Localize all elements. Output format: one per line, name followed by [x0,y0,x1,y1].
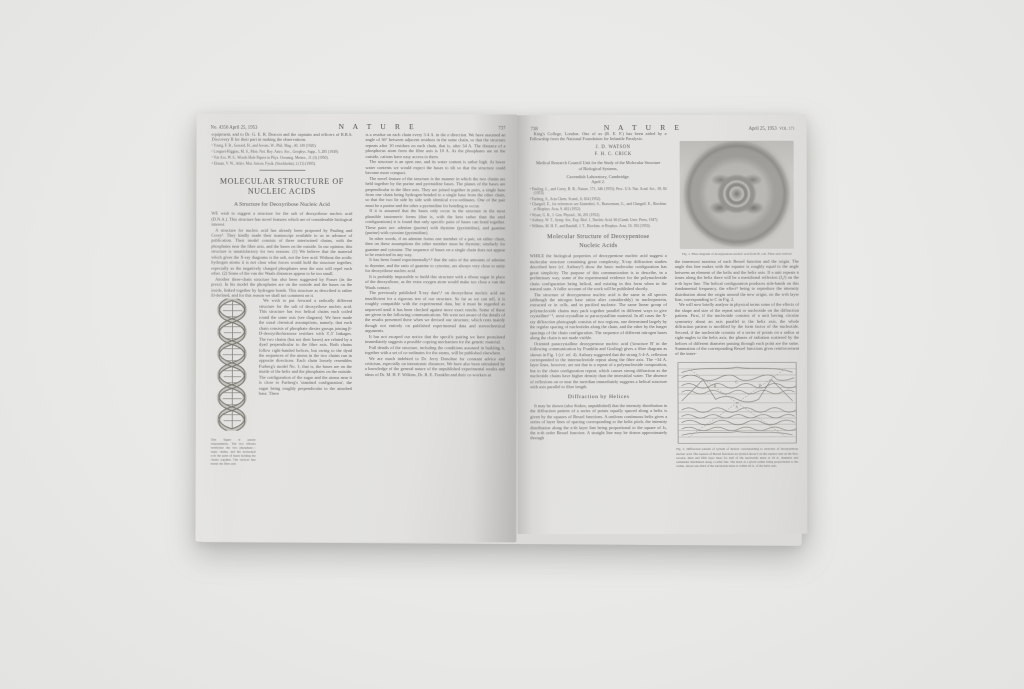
article-title: Molecular Structure of Deoxypentose Nucl… [536,233,661,250]
paragraph: It has not escaped our notice that the s… [365,334,505,345]
left-page-column-1: equipment, and to Dr. G. E. R. Deacon an… [210,132,352,528]
dna-double-helix-diagram [211,299,254,431]
fig1-caption: Fig. 1. Fibre diagram of deoxypentose nu… [677,251,797,256]
author-signature: F. H. C. CRICK [530,151,667,159]
reference: ⁶ Wilkins, M. H. F., and Randall, J. T.,… [530,224,667,229]
journal-masthead: N A T U R E [338,122,417,131]
fig2-label-d: D [759,384,762,388]
acknowledgement: King's College, London. One of us (R. E.… [530,131,667,142]
reference: ³ Chargaff, E., for references see Zamen… [530,202,667,211]
paragraph: The structure of deoxypentose nucleic ac… [530,292,667,341]
right-page: 738 N A T U R E April 25, 1953 VOL. 171 … [517,115,808,535]
photo-of-open-journal: No. 4356 April 25, 1953 N A T U R E 737 … [0,0,1024,689]
reference: ³ Von Arx, W. S., Woods Hole Papers in P… [211,155,352,160]
paragraph: the innermost maxima of each Bessel func… [675,258,799,302]
left-page: No. 4356 April 25, 1953 N A T U R E 737 … [195,114,517,543]
paragraph: Oriented paracrystalline deoxypentose nu… [530,341,667,390]
xray-diffraction-photo [680,141,794,249]
article-subtitle: A Structure for Deoxyribose Nucleic Acid [211,201,352,207]
issue-date: No. 4356 April 25, 1953 [211,126,258,131]
paragraph: It is probably impossible to build this … [365,274,505,291]
fig2-label-b: B [714,384,717,388]
reference: ⁵ Astbury, W. T., Symp. Soc. Exp. Biol. … [530,218,667,223]
paragraph: It may be shown (also Stokes, unpublishe… [530,403,667,441]
paragraph: The previously published X-ray data⁵,⁶ o… [365,290,505,334]
reference: ¹ Pauling, L., and Corey, R. B., Nature,… [530,187,667,196]
affiliation: Medical Research Council Unit for the St… [536,160,661,171]
address: Cavendish Laboratory, Cambridge. [530,174,667,179]
paragraph: In other words, if an adenine forms one … [365,236,505,258]
helix-figure-caption: This figure is purely diagrammatic. The … [211,438,256,466]
reference: ⁴ Ekman, V. W., Arkiv. Mat. Astron. Fysi… [211,161,352,166]
paragraph: WE wish to suggest a structure for the s… [211,211,352,228]
reference: ² Furberg, S., Acta Chem. Scand., 6, 634… [530,197,667,202]
paragraph: WHILE the biological properties of deoxy… [530,253,667,291]
paragraph: We will now briefly analyse in physical … [675,302,799,357]
fig2-caption: Fig. 2. Diffraction pattern of system of… [676,447,798,468]
paragraph: The structure is an open one, and its wa… [365,159,505,176]
reference: ⁴ Wyatt, G. R., J. Gen. Physiol., 36, 20… [530,213,667,218]
bessel-function-diagram: A B C D [676,360,798,446]
paragraph: A structure for nucleic acid has already… [211,227,352,276]
paragraph: Full details of the structure, including… [365,345,505,356]
fig2-label-c: C [735,380,738,384]
reference: ² Longuet-Higgins, M. S., Mon. Not. Roy.… [211,150,352,155]
paragraph: We are much indebted to Dr. Jerry Donohu… [365,356,505,378]
paragraph: is a residue on each chain every 3·4 A. … [365,132,505,160]
right-page-column-2: Fig. 1. Fibre diagram of deoxypentose nu… [675,131,800,521]
paragraph: The novel feature of the structure is th… [365,176,505,209]
left-page-column-2: is a residue on each chain every 3·4 A. … [364,132,505,528]
right-page-column-1: King's College, London. One of us (R. E.… [530,131,668,521]
submission-date: April 2. [530,179,667,184]
paragraph: Another three-chain structure has also b… [211,276,352,298]
paragraph: It has been found experimentally³,⁴ that… [365,257,505,274]
section-divider [259,170,305,171]
left-running-head: No. 4356 April 25, 1953 N A T U R E 737 [211,122,506,132]
previous-article-closing: equipment, and to Dr. G. E. R. Deacon an… [211,132,352,143]
section-heading: Diffraction by Helices [530,394,667,400]
journal-spread: No. 4356 April 25, 1953 N A T U R E 737 … [196,112,808,546]
fig2-label-a: A [735,405,738,409]
article-title: MOLECULAR STRUCTURE OF NUCLEIC ACIDS [215,177,348,198]
dna-helix-figure: This figure is purely diagrammatic. The … [211,299,256,466]
paragraph: If it is assumed that the bases only occ… [365,208,505,236]
page-number: 737 [498,126,505,131]
reference: ¹ Young, F. B., Gerrard, H., and Jevons,… [211,144,352,149]
